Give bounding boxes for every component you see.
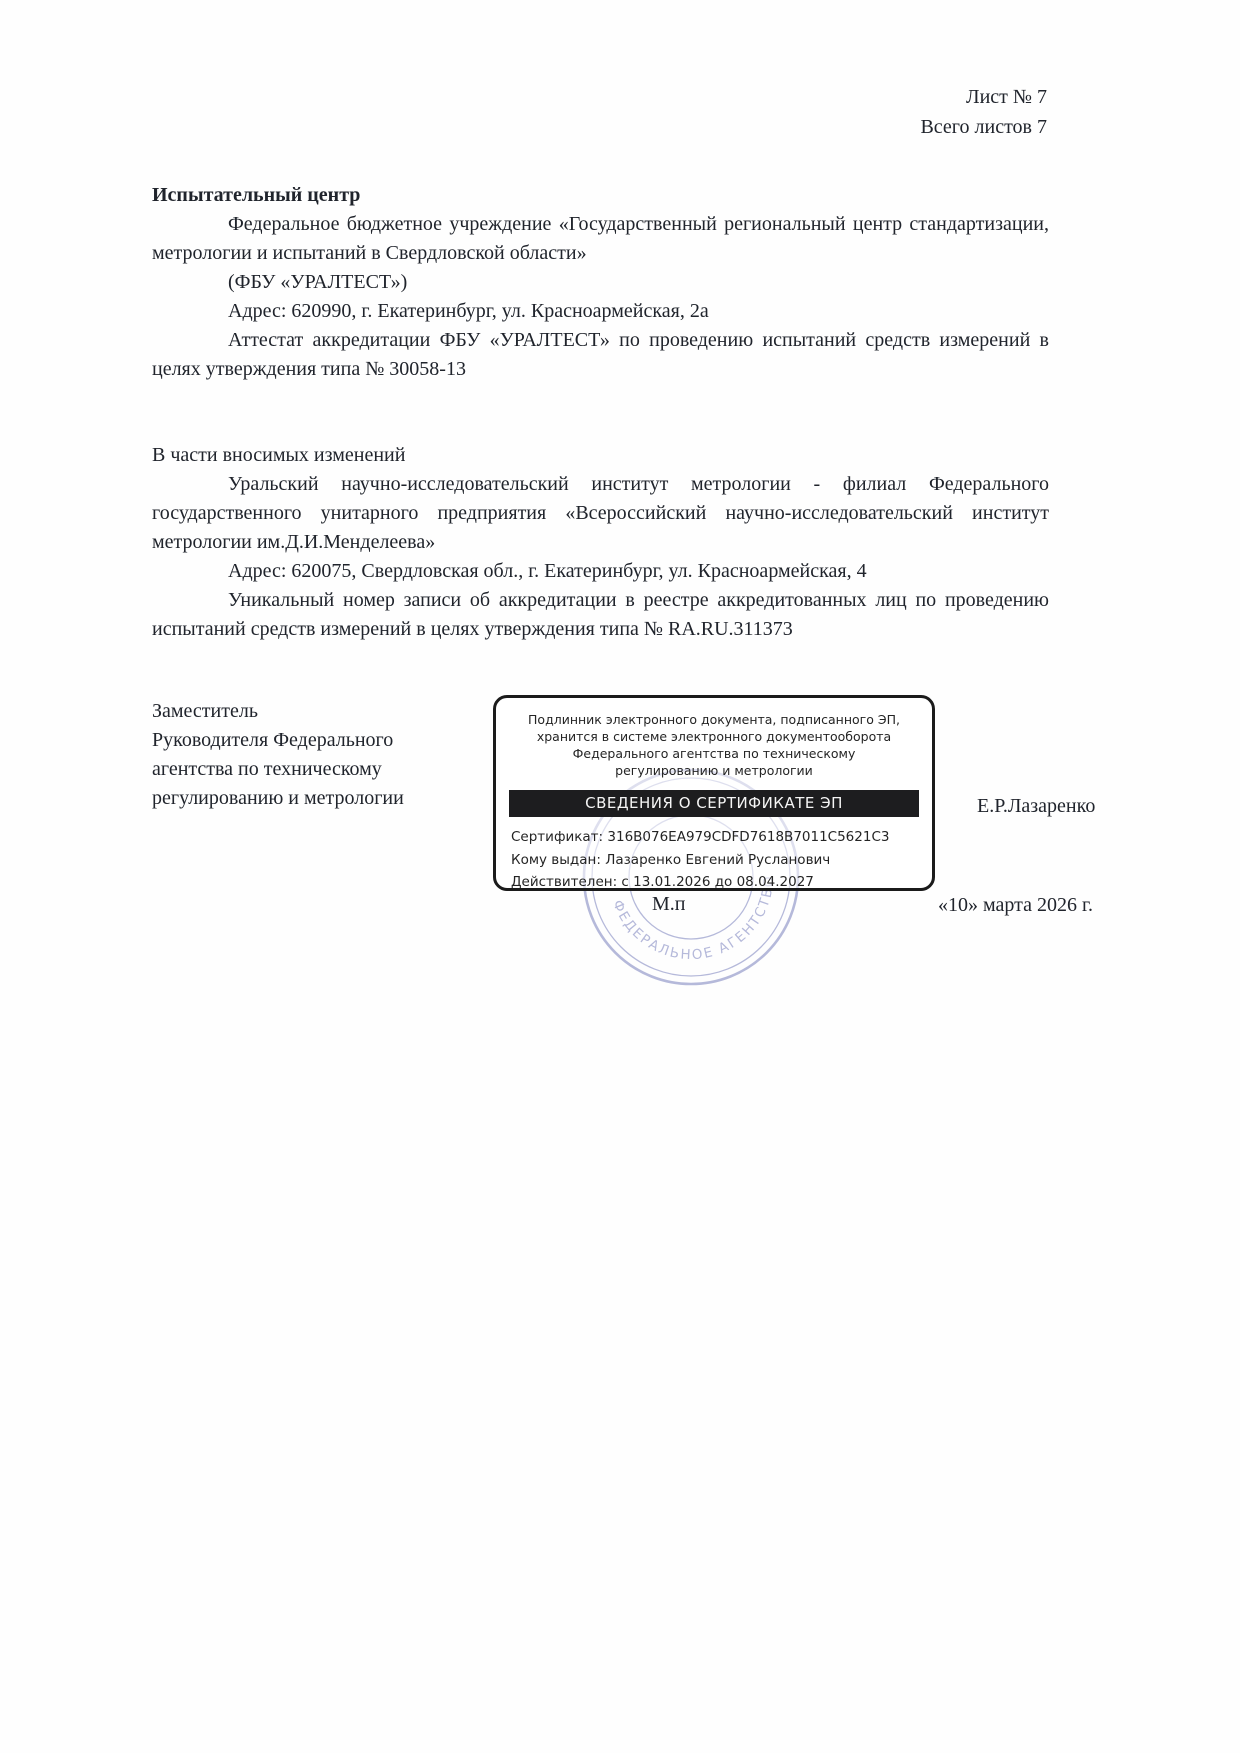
test-center-address: Адрес: 620990, г. Екатеринбург, ул. Крас… <box>152 297 1049 326</box>
esign-certificate-bar: СВЕДЕНИЯ О СЕРТИФИКАТЕ ЭП <box>509 790 919 817</box>
test-center-org-short-name: (ФБУ «УРАЛТЕСТ») <box>152 268 1049 297</box>
sheet-number: Лист № 7 <box>920 82 1047 112</box>
test-center-heading: Испытательный центр <box>152 181 1049 210</box>
signing-date: «10» марта 2026 г. <box>938 894 1093 917</box>
test-center-accreditation: Аттестат аккредитации ФБУ «УРАЛТЕСТ» по … <box>152 326 1049 384</box>
issued-to-line: Кому выдан: Лазаренко Евгений Русланович <box>511 849 920 872</box>
document-page: Лист № 7 Всего листов 7 Испытательный це… <box>0 0 1240 1753</box>
esign-stamp-header: Подлинник электронного документа, подпис… <box>496 711 932 779</box>
amendments-heading: В части вносимых изменений <box>152 441 1049 470</box>
signer-name: Е.Р.Лазаренко <box>977 795 1095 818</box>
sheet-info: Лист № 7 Всего листов 7 <box>920 82 1047 142</box>
amendments-address: Адрес: 620075, Свердловская обл., г. Ека… <box>152 557 1049 586</box>
document-body: Испытательный центр Федеральное бюджетно… <box>152 181 1049 644</box>
total-sheets: Всего листов 7 <box>920 112 1047 142</box>
certificate-line: Сертификат: 316B076EA979CDFD7618B7011C56… <box>511 826 920 849</box>
amendments-org-name: Уральский научно-исследовательский инсти… <box>152 470 1049 557</box>
stamp-place-label: М.п <box>652 893 686 916</box>
esign-stamp-details: Сертификат: 316B076EA979CDFD7618B7011C56… <box>511 826 920 894</box>
validity-line: Действителен: с 13.01.2026 до 08.04.2027 <box>511 871 920 894</box>
signer-title: Заместитель Руководителя Федерального аг… <box>152 697 482 813</box>
esign-stamp: Подлинник электронного документа, подпис… <box>493 695 935 891</box>
test-center-org-name: Федеральное бюджетное учреждение «Госуда… <box>152 210 1049 268</box>
amendments-accreditation: Уникальный номер записи об аккредитации … <box>152 586 1049 644</box>
